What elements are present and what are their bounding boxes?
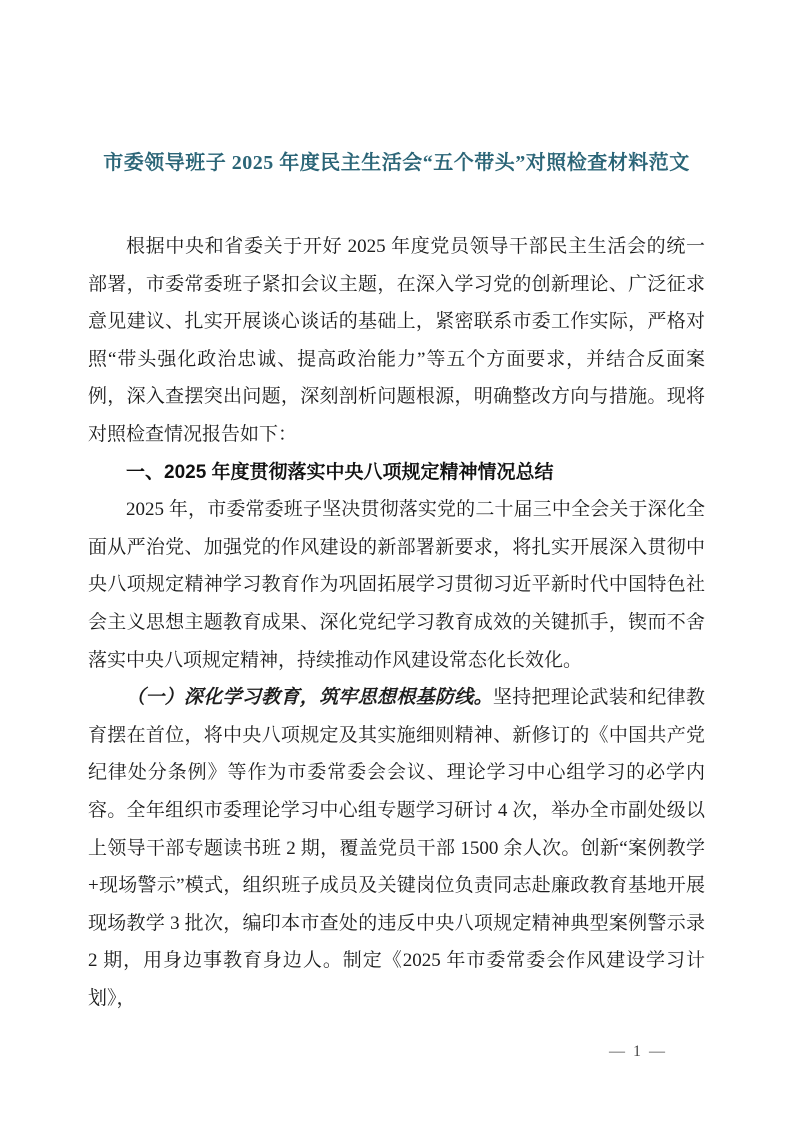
section-heading-1: 一、2025 年度贯彻落实中央八项规定精神情况总结 bbox=[88, 454, 705, 492]
paragraph-subsection-1: （一）深化学习教育，筑牢思想根基防线。坚持把理论武装和纪律教育摆在首位，将中央八… bbox=[88, 679, 705, 1017]
page-footer: — 1 — bbox=[609, 1044, 667, 1060]
subsection-lead: （一）深化学习教育，筑牢思想根基防线。 bbox=[126, 687, 493, 708]
paragraph-section-overview: 2025 年，市委常委班子坚决贯彻落实党的二十届三中全会关于深化全面从严治党、加… bbox=[88, 491, 705, 679]
page-number: — 1 — bbox=[609, 1043, 667, 1060]
document-title: 市委领导班子 2025 年度民主生活会“五个带头”对照检查材料范文 bbox=[88, 148, 705, 178]
document-page: 市委领导班子 2025 年度民主生活会“五个带头”对照检查材料范文 根据中央和省… bbox=[0, 0, 793, 1122]
paragraph-intro: 根据中央和省委关于开好 2025 年度党员领导干部民主生活会的统一部署，市委常委… bbox=[88, 228, 705, 454]
subsection-body-text: 坚持把理论武装和纪律教育摆在首位，将中央八项规定及其实施细则精神、新修订的《中国… bbox=[88, 687, 705, 1009]
